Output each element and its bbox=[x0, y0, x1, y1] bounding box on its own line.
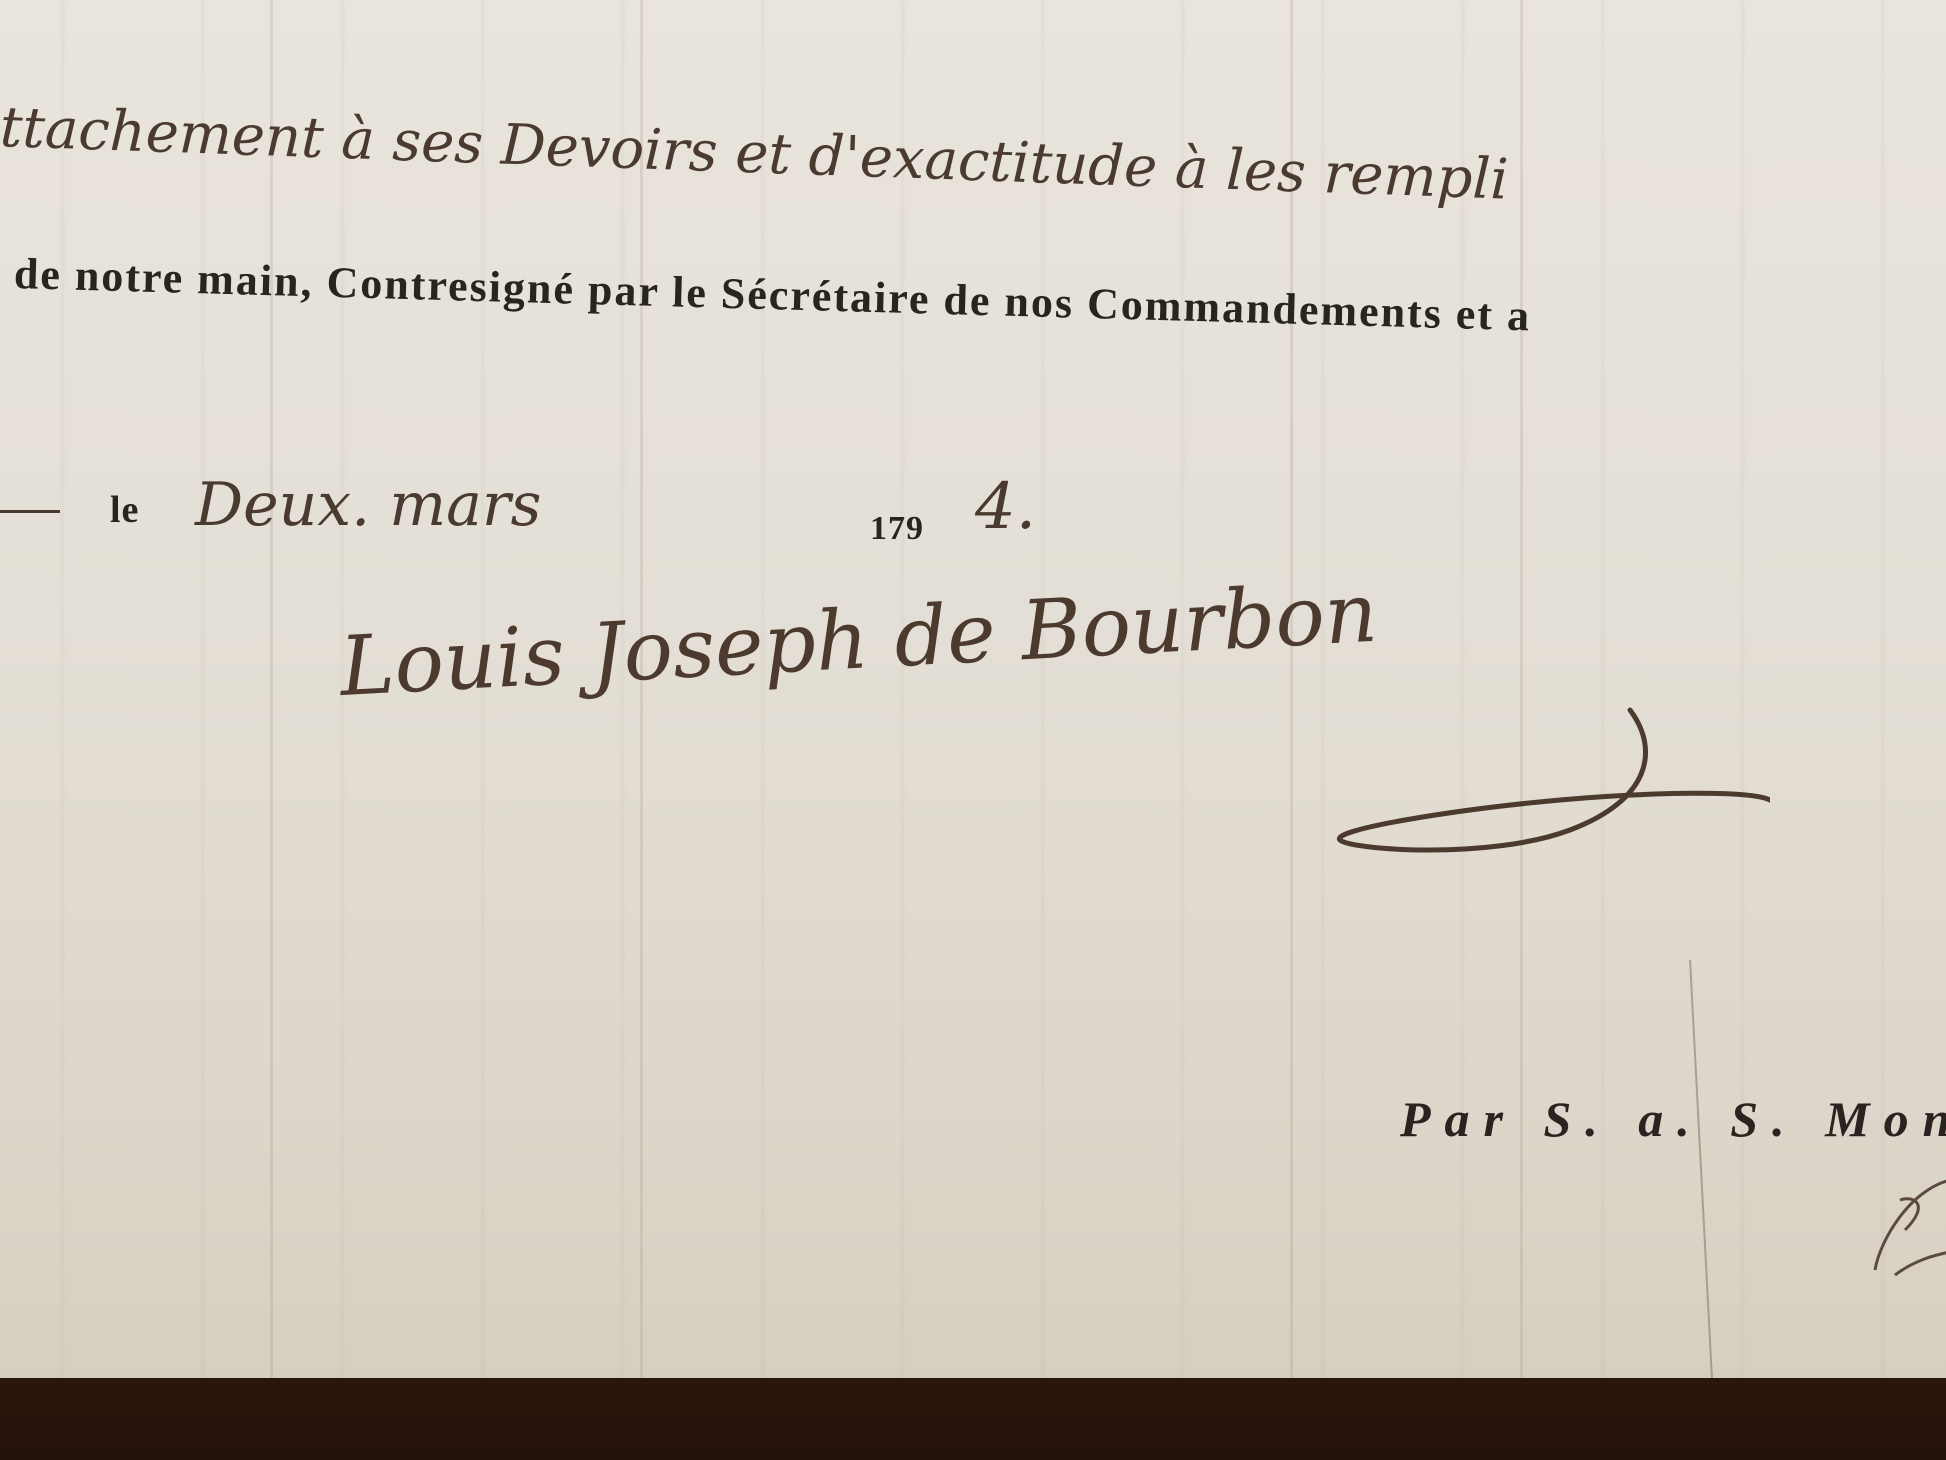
countersign-line: Par S. a. S. Mon bbox=[1400, 1090, 1946, 1148]
year-handwritten-digit: 4. bbox=[975, 470, 1036, 544]
wooden-table-edge bbox=[0, 1378, 1946, 1460]
dash-stroke bbox=[0, 510, 60, 513]
fold-line bbox=[1290, 0, 1293, 1378]
fold-line bbox=[1520, 0, 1523, 1378]
date-prefix: le bbox=[110, 488, 139, 532]
date-handwritten: Deux. mars bbox=[195, 470, 541, 540]
fold-line bbox=[270, 0, 273, 1378]
signature: Louis Joseph de Bourbon bbox=[338, 566, 1380, 715]
year-digit: 4 bbox=[975, 470, 1016, 544]
date-period: . bbox=[1016, 470, 1036, 544]
partial-signature-mark-icon bbox=[1860, 1160, 1946, 1280]
signature-flourish-icon bbox=[1330, 690, 1770, 860]
paper-tear bbox=[1689, 960, 1719, 1378]
printed-line: de notre main, Contresigné par le Sécrét… bbox=[13, 248, 1532, 341]
year-printed: 179 bbox=[870, 510, 924, 548]
paper-sheet: ttachement à ses Devoirs et d'exactitude… bbox=[0, 0, 1946, 1378]
handwritten-line: ttachement à ses Devoirs et d'exactitude… bbox=[0, 95, 1509, 213]
